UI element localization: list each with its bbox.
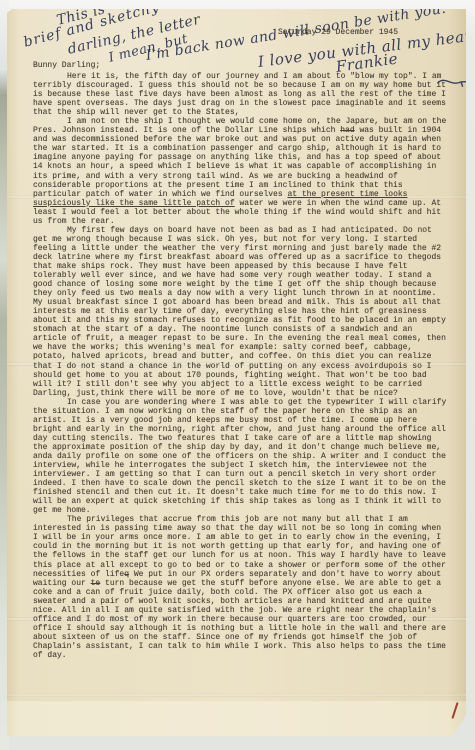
letter-paragraph: My first few days on board have not been… <box>33 226 449 398</box>
letter-body: Here it is, the fifth day of our journey… <box>33 72 449 660</box>
paper-fold-crease <box>7 693 466 697</box>
red-pen-mark <box>451 702 458 719</box>
paper-bottom-fold-band <box>7 701 466 736</box>
letter-paragraph: The privileges that accrue from this job… <box>33 515 449 660</box>
letter-paper: This is brief and sketchy darling, the l… <box>7 9 466 736</box>
scanned-letter-page: { "letter": { "date_line": "Saturday 29 … <box>0 0 475 750</box>
letter-paragraph: Here it is, the fifth day of our journey… <box>33 72 449 117</box>
letter-paragraph: In case you are wondering where I was ab… <box>33 398 449 516</box>
letter-paragraph: I am not on the ship I thought we would … <box>33 117 449 226</box>
salutation: Bunny Darling; <box>33 61 100 70</box>
date-line: Saturday 29 December 1945 <box>278 28 398 37</box>
